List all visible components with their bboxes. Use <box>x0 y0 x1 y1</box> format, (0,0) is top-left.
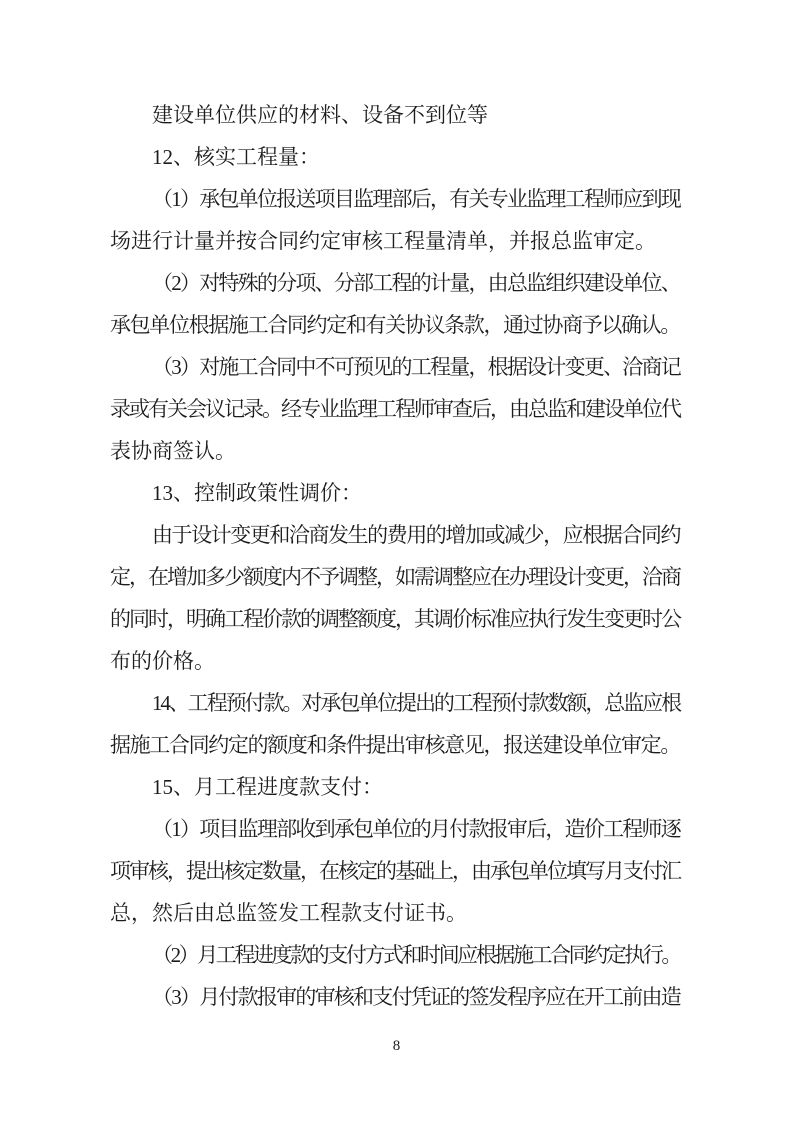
text-line-content: （1）承包单位报送项目监理部后，有关专业监理工程师应到现 <box>152 178 680 220</box>
text-line: 13、控制政策性调价： <box>110 472 680 514</box>
text-line-content: 的同时，明确工程价款的调整额度，其调价标准应执行发生变更时公 <box>110 598 680 640</box>
text-line: （1）项目监理部收到承包单位的月付款报审后，造价工程师逐 <box>110 808 680 850</box>
text-line-content: 定，在增加多少额度内不予调整，如需调整应在办理设计变更，洽商 <box>110 556 680 598</box>
text-line: 录或有关会议记录。经专业监理工程师审查后，由总监和建设单位代 <box>110 388 680 430</box>
text-line: 承包单位根据施工合同约定和有关协议条款，通过协商予以确认。 <box>110 304 680 346</box>
text-line-content: 表协商签认。 <box>110 430 236 472</box>
text-line-content: 总，然后由总监签发工程款支付证书。 <box>110 892 467 934</box>
document-body: 建设单位供应的材料、设备不到位等12、核实工程量：（1）承包单位报送项目监理部后… <box>110 94 680 1018</box>
text-line-content: （3）对施工合同中不可预见的工程量，根据设计变更、洽商记 <box>152 346 680 388</box>
text-line: （3）对施工合同中不可预见的工程量，根据设计变更、洽商记 <box>110 346 680 388</box>
text-line: （2）对特殊的分项、分部工程的计量，由总监组织建设单位、 <box>110 262 680 304</box>
text-line-content: （3）月付款报审的审核和支付凭证的签发程序应在开工前由造 <box>152 976 680 1018</box>
text-line-content: （2）对特殊的分项、分部工程的计量，由总监组织建设单位、 <box>152 262 680 304</box>
text-line: 据施工合同约定的额度和条件提出审核意见，报送建设单位审定。 <box>110 724 680 766</box>
document-page: 建设单位供应的材料、设备不到位等12、核实工程量：（1）承包单位报送项目监理部后… <box>0 0 793 1122</box>
text-line: 总，然后由总监签发工程款支付证书。 <box>110 892 680 934</box>
text-line-content: （2）月工程进度款的支付方式和时间应根据施工合同约定执行。 <box>152 934 680 976</box>
text-line-content: （1）项目监理部收到承包单位的月付款报审后，造价工程师逐 <box>152 808 680 850</box>
text-line: 定，在增加多少额度内不予调整，如需调整应在办理设计变更，洽商 <box>110 556 680 598</box>
text-line: 15、月工程进度款支付： <box>110 766 680 808</box>
text-line-content: 录或有关会议记录。经专业监理工程师审查后，由总监和建设单位代 <box>110 388 680 430</box>
text-line: 表协商签认。 <box>110 430 680 472</box>
text-line-content: 建设单位供应的材料、设备不到位等 <box>152 94 488 136</box>
text-line: （1）承包单位报送项目监理部后，有关专业监理工程师应到现 <box>110 178 680 220</box>
text-line-content: 由于设计变更和洽商发生的费用的增加或减少，应根据合同约 <box>152 514 680 556</box>
text-line: （2）月工程进度款的支付方式和时间应根据施工合同约定执行。 <box>110 934 680 976</box>
text-line-content: 布的价格。 <box>110 640 215 682</box>
text-line-content: 项审核，提出核定数量，在核定的基础上，由承包单位填写月支付汇 <box>110 850 680 892</box>
text-line-content: 15、月工程进度款支付： <box>152 766 383 808</box>
text-line-content: 12、核实工程量： <box>152 136 320 178</box>
page-number: 8 <box>0 1036 793 1056</box>
text-line-content: 14、工程预付款。对承包单位提出的工程预付款数额，总监应根 <box>152 682 680 724</box>
text-line: 项审核，提出核定数量，在核定的基础上，由承包单位填写月支付汇 <box>110 850 680 892</box>
text-line: 布的价格。 <box>110 640 680 682</box>
text-line: 的同时，明确工程价款的调整额度，其调价标准应执行发生变更时公 <box>110 598 680 640</box>
text-line-content: 场进行计量并按合同约定审核工程量清单，并报总监审定。 <box>110 220 656 262</box>
text-line-content: 承包单位根据施工合同约定和有关协议条款，通过协商予以确认。 <box>110 304 680 346</box>
text-line: 建设单位供应的材料、设备不到位等 <box>110 94 680 136</box>
text-line-content: 据施工合同约定的额度和条件提出审核意见，报送建设单位审定。 <box>110 724 680 766</box>
text-line: 14、工程预付款。对承包单位提出的工程预付款数额，总监应根 <box>110 682 680 724</box>
text-line: 由于设计变更和洽商发生的费用的增加或减少，应根据合同约 <box>110 514 680 556</box>
text-line-content: 13、控制政策性调价： <box>152 472 362 514</box>
text-line: 12、核实工程量： <box>110 136 680 178</box>
text-line: （3）月付款报审的审核和支付凭证的签发程序应在开工前由造 <box>110 976 680 1018</box>
text-line: 场进行计量并按合同约定审核工程量清单，并报总监审定。 <box>110 220 680 262</box>
